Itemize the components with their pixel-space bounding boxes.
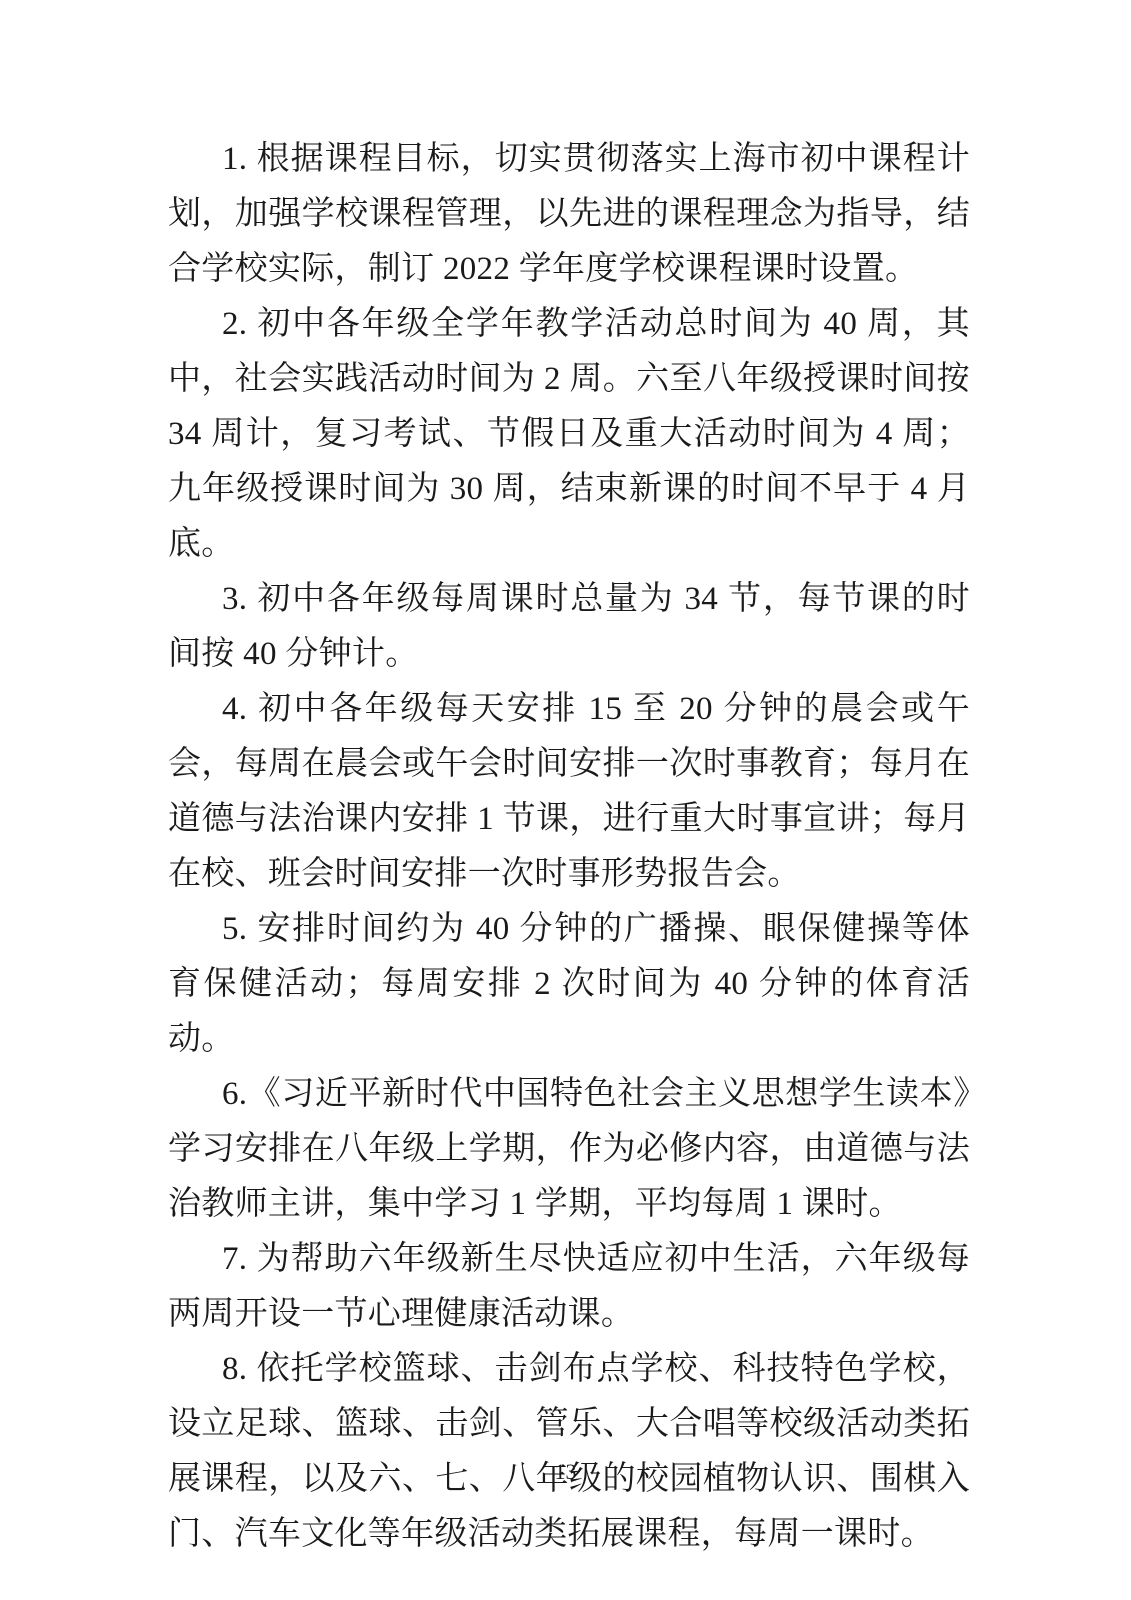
- page-number: 13: [0, 1458, 1131, 1486]
- document-page: 1. 根据课程目标，切实贯彻落实上海市初中课程计划，加强学校课程管理，以先进的课…: [0, 0, 1131, 1600]
- paragraph-1: 1. 根据课程目标，切实贯彻落实上海市初中课程计划，加强学校课程管理，以先进的课…: [168, 132, 970, 297]
- paragraph-3: 3. 初中各年级每周课时总量为 34 节，每节课的时间按 40 分钟计。: [168, 572, 970, 682]
- paragraph-7: 7. 为帮助六年级新生尽快适应初中生活，六年级每两周开设一节心理健康活动课。: [168, 1232, 970, 1342]
- paragraph-5: 5. 安排时间约为 40 分钟的广播操、眼保健操等体育保健活动；每周安排 2 次…: [168, 902, 970, 1067]
- paragraph-8: 8. 依托学校篮球、击剑布点学校、科技特色学校，设立足球、篮球、击剑、管乐、大合…: [168, 1342, 970, 1562]
- document-body: 1. 根据课程目标，切实贯彻落实上海市初中课程计划，加强学校课程管理，以先进的课…: [168, 132, 970, 1562]
- paragraph-4: 4. 初中各年级每天安排 15 至 20 分钟的晨会或午会，每周在晨会或午会时间…: [168, 682, 970, 902]
- paragraph-6: 6.《习近平新时代中国特色社会主义思想学生读本》学习安排在八年级上学期，作为必修…: [168, 1067, 970, 1232]
- paragraph-2: 2. 初中各年级全学年教学活动总时间为 40 周，其中，社会实践活动时间为 2 …: [168, 297, 970, 572]
